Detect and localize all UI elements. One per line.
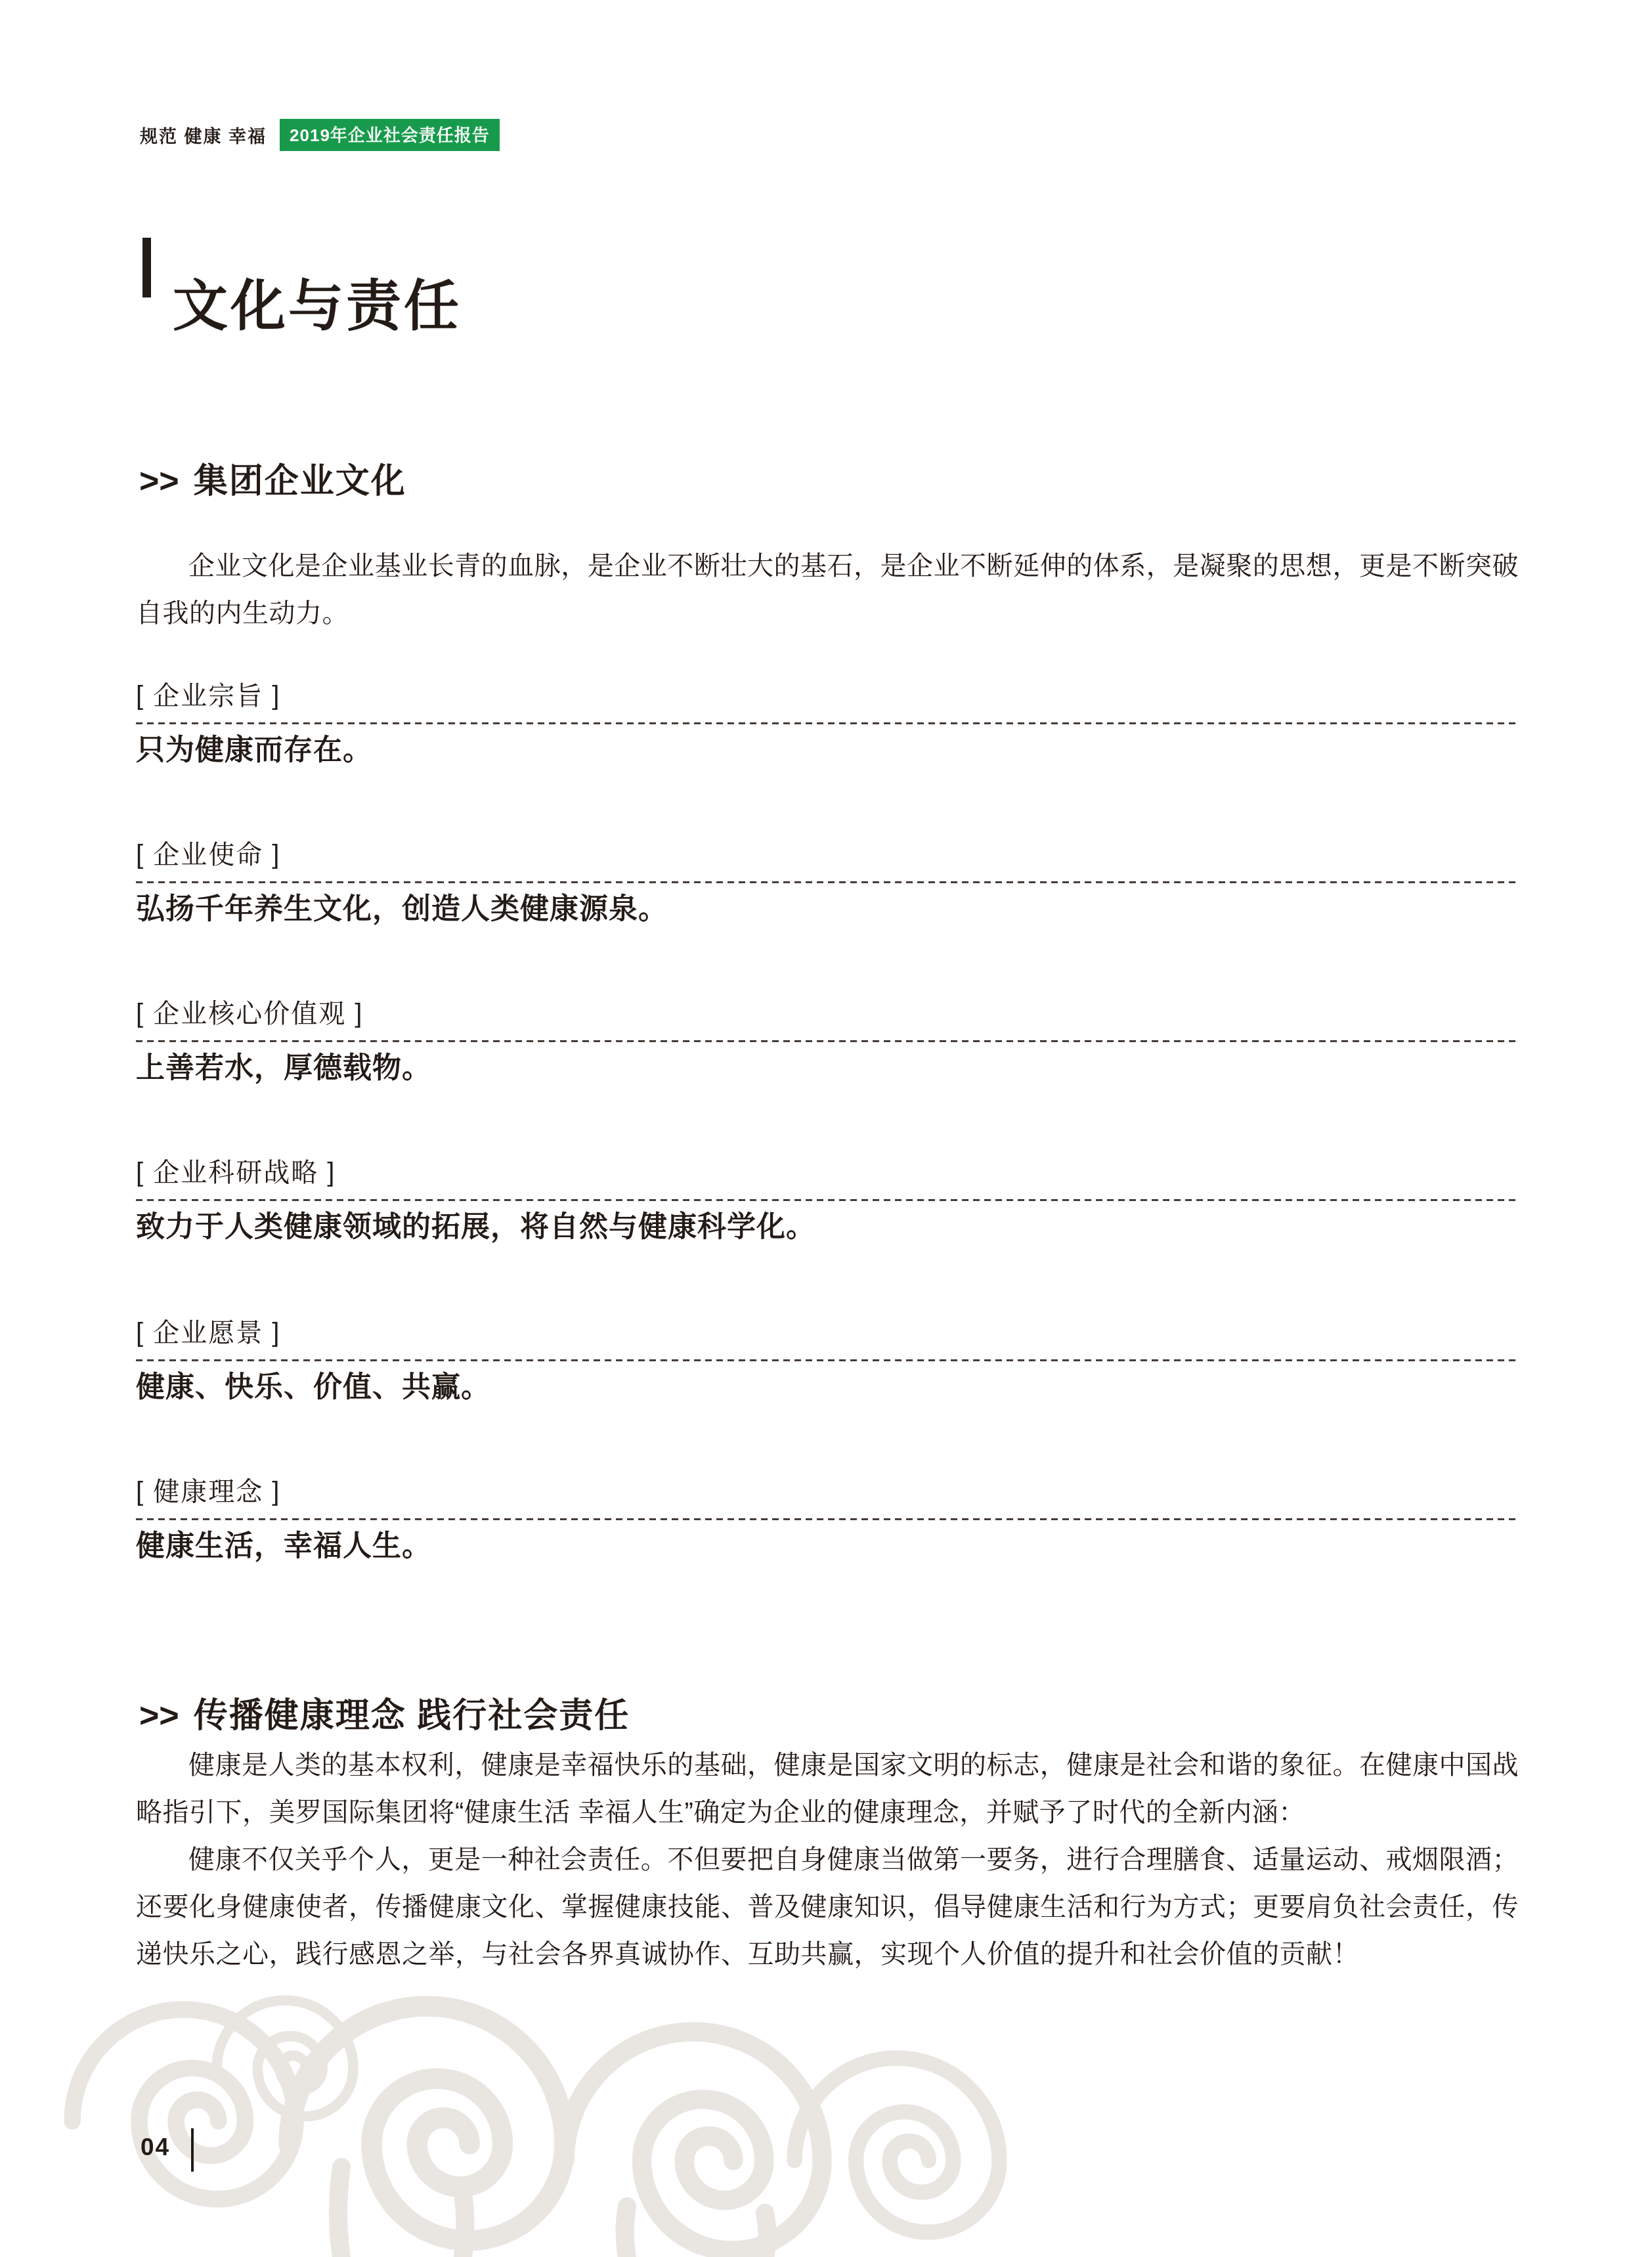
title-accent-bar [142, 238, 151, 297]
culture-intro-paragraph: 企业文化是企业基业长青的血脉，是企业不断壮大的基石，是企业不断延伸的体系，是凝聚… [136, 542, 1519, 637]
dashed-divider [136, 722, 1519, 724]
value-statement: 上善若水，厚德载物。 [136, 1053, 1519, 1084]
dashed-divider [136, 881, 1519, 883]
page-number: 04 [141, 2134, 170, 2161]
dashed-divider [136, 1040, 1519, 1042]
value-block-health-philosophy: [ 健康理念 ] 健康生活，幸福人生。 [136, 1478, 1519, 1562]
dashed-divider [136, 1359, 1519, 1361]
section-heading-responsibility-label: 传播健康理念 践行社会责任 [194, 1697, 630, 1735]
value-statement: 弘扬千年养生文化，创造人类健康源泉。 [136, 894, 1519, 925]
value-block-purpose: [ 企业宗旨 ] 只为健康而存在。 [136, 682, 1519, 766]
value-label: [ 企业核心价值观 ] [136, 999, 1519, 1028]
section-heading-culture-label: 集团企业文化 [194, 462, 406, 500]
value-label: [ 企业使命 ] [136, 841, 1519, 869]
chevrons-marker: >> [139, 462, 179, 500]
responsibility-paragraph-2: 健康不仅关乎个人，更是一种社会责任。不但要把自身健康当做第一要务，进行合理膳食、… [136, 1836, 1519, 1978]
chevrons-marker: >> [139, 1697, 179, 1735]
value-block-core-values: [ 企业核心价值观 ] 上善若水，厚德载物。 [136, 999, 1519, 1084]
report-page: 规范 健康 幸福 2019年企业社会责任报告 文化与责任 >>集团企业文化 企业… [0, 0, 1652, 2257]
responsibility-text: 健康是人类的基本权利，健康是幸福快乐的基础，健康是国家文明的标志，健康是社会和谐… [136, 1742, 1519, 1978]
culture-intro: 企业文化是企业基业长青的血脉，是企业不断壮大的基石，是企业不断延伸的体系，是凝聚… [136, 542, 1519, 637]
section-heading-culture: >>集团企业文化 [139, 464, 406, 498]
value-label: [ 健康理念 ] [136, 1478, 1519, 1506]
section-heading-responsibility: >>传播健康理念 践行社会责任 [139, 1699, 630, 1733]
dashed-divider [136, 1518, 1519, 1520]
value-label: [ 企业科研战略 ] [136, 1158, 1519, 1187]
dashed-divider [136, 1199, 1519, 1201]
responsibility-paragraph-1: 健康是人类的基本权利，健康是幸福快乐的基础，健康是国家文明的标志，健康是社会和谐… [136, 1742, 1519, 1836]
value-statement: 健康生活，幸福人生。 [136, 1531, 1519, 1562]
report-badge: 2019年企业社会责任报告 [280, 119, 500, 151]
value-statement: 健康、快乐、价值、共赢。 [136, 1372, 1519, 1403]
value-block-research-strategy: [ 企业科研战略 ] 致力于人类健康领域的拓展，将自然与健康科学化。 [136, 1158, 1519, 1243]
page-title: 文化与责任 [173, 278, 462, 334]
lingzhi-watermark [0, 1944, 1051, 2257]
header-slogan: 规范 健康 幸福 [140, 122, 267, 148]
value-label: [ 企业宗旨 ] [136, 682, 1519, 711]
value-block-vision: [ 企业愿景 ] 健康、快乐、价值、共赢。 [136, 1319, 1519, 1403]
value-label: [ 企业愿景 ] [136, 1319, 1519, 1348]
value-statement: 致力于人类健康领域的拓展，将自然与健康科学化。 [136, 1212, 1519, 1243]
page-header: 规范 健康 幸福 2019年企业社会责任报告 [140, 119, 500, 151]
value-block-mission: [ 企业使命 ] 弘扬千年养生文化，创造人类健康源泉。 [136, 841, 1519, 925]
page-number-divider [191, 2128, 194, 2172]
value-statement: 只为健康而存在。 [136, 735, 1519, 766]
